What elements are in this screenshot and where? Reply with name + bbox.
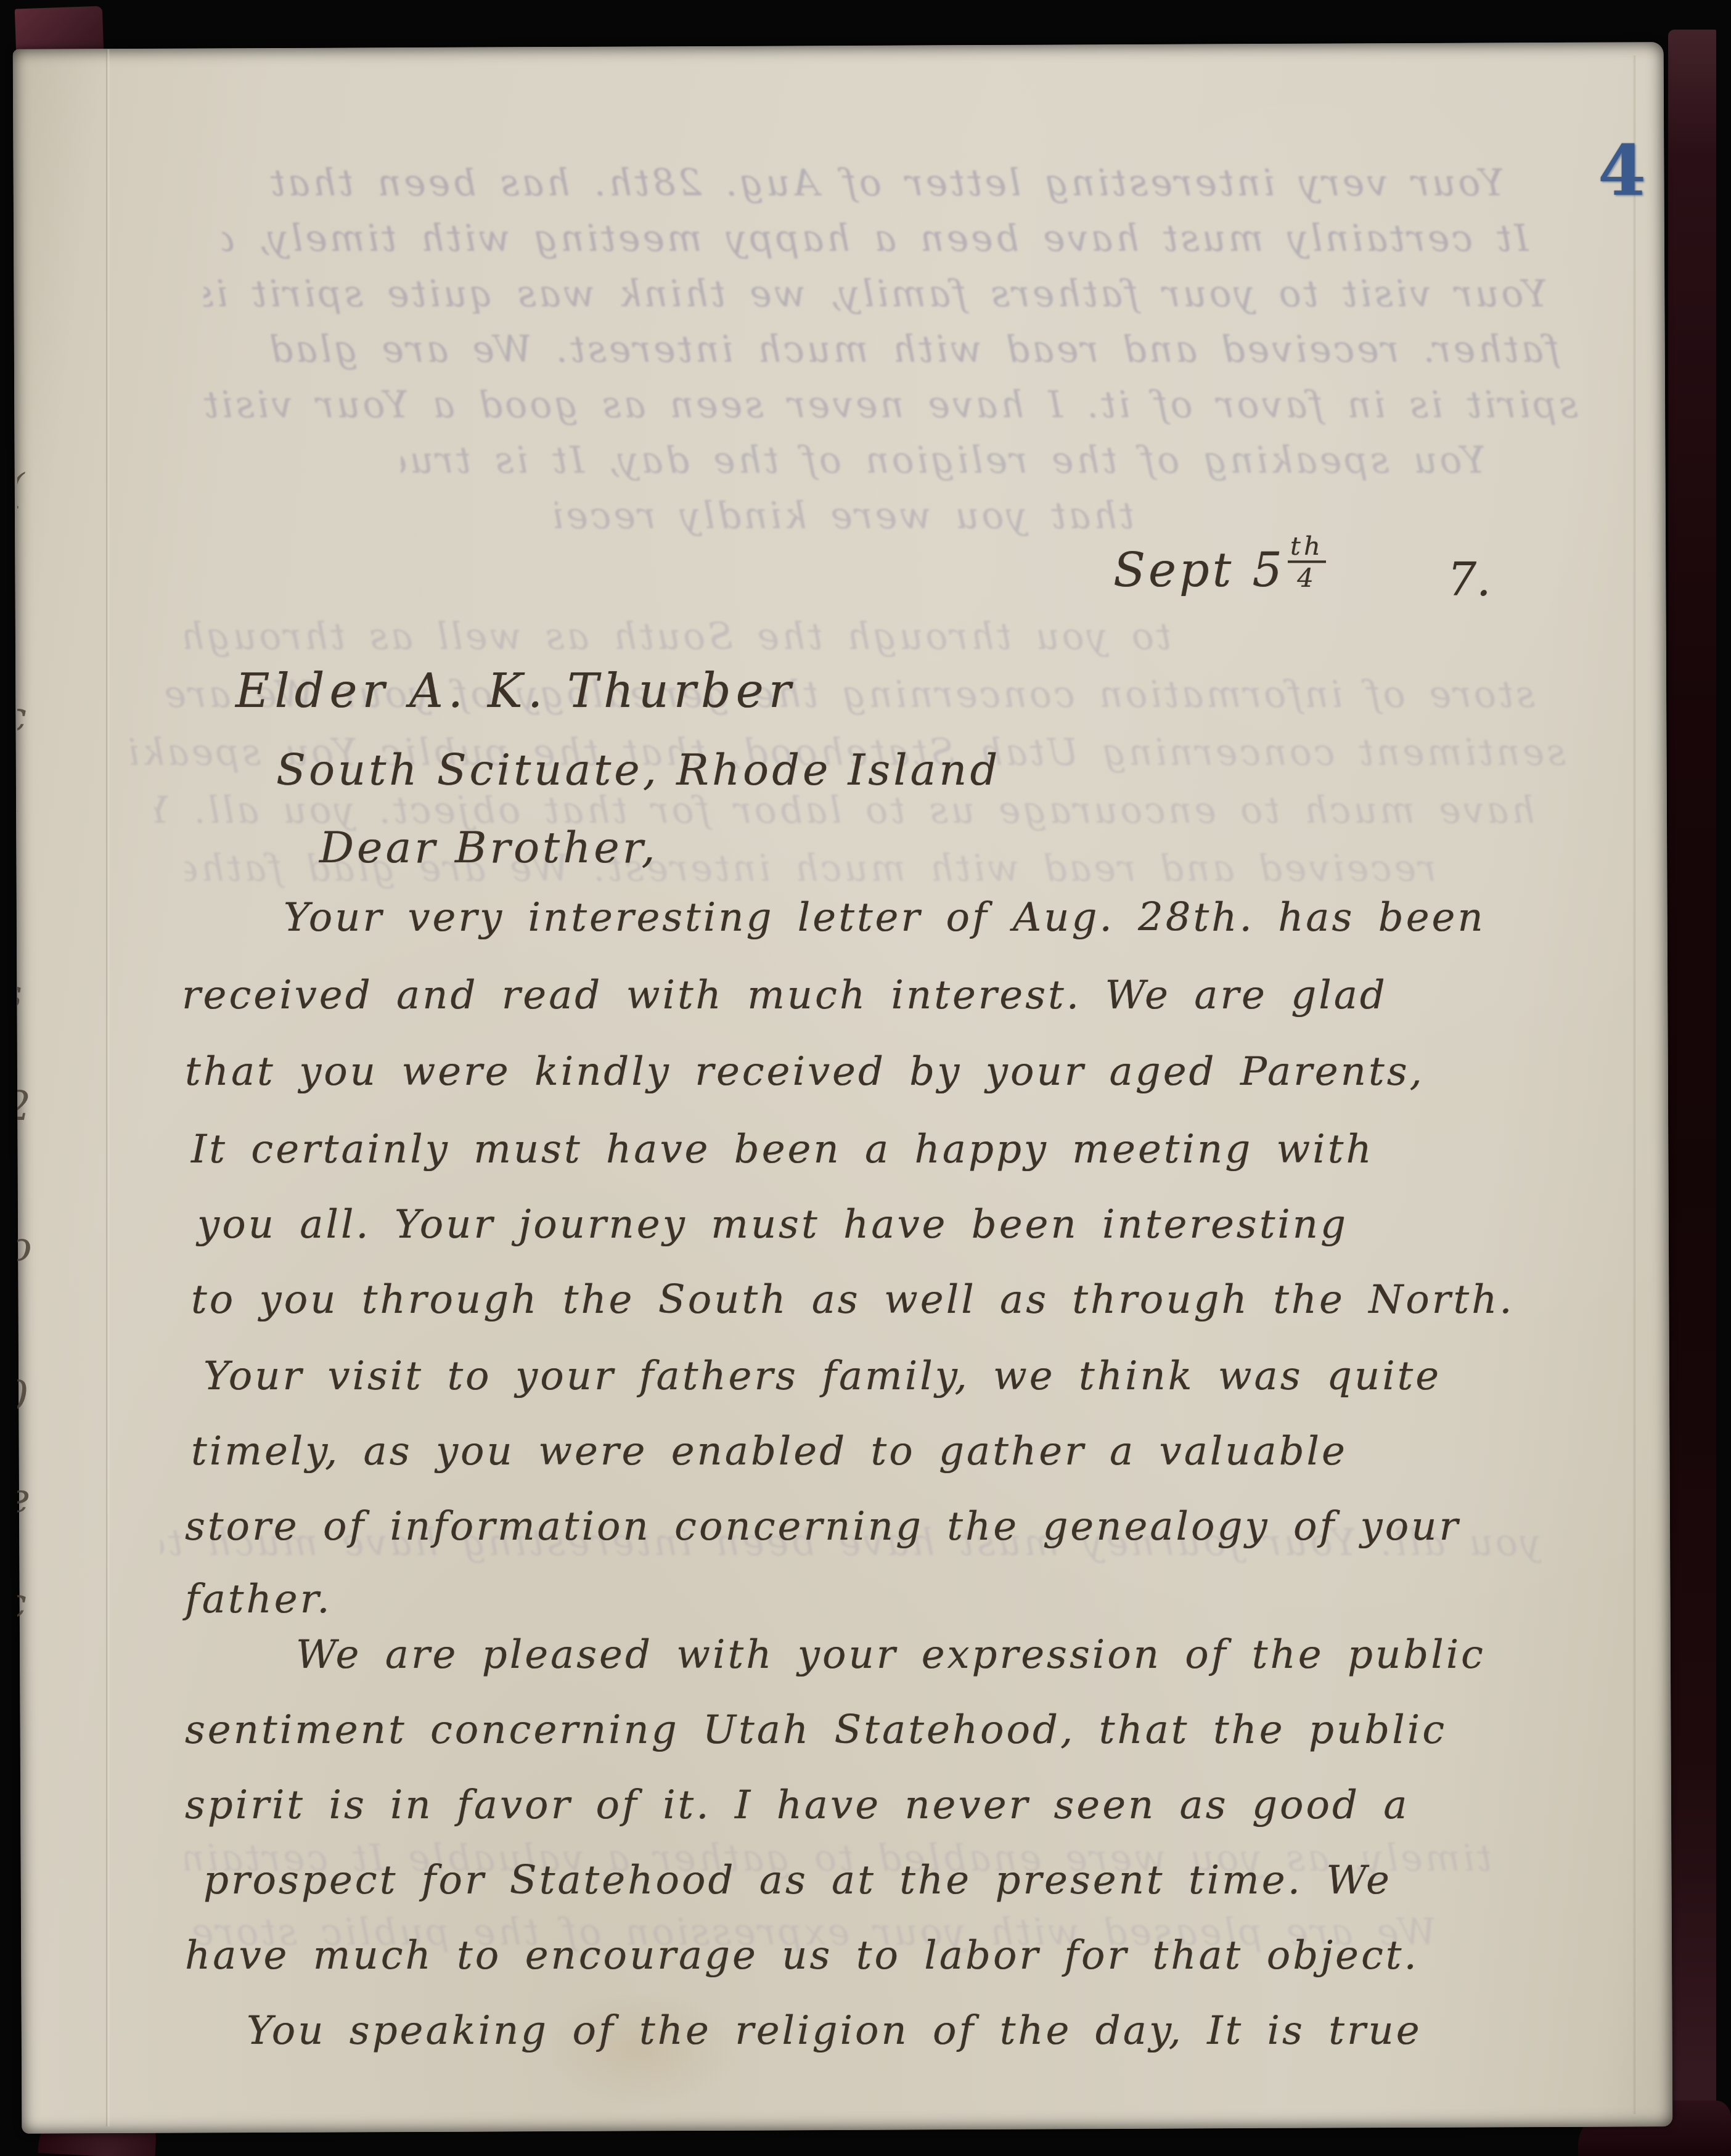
letter-line: Your visit to your fathers family, we th… — [203, 1354, 1441, 1399]
recipient-address: South Scituate, Rhode Island — [276, 745, 1001, 795]
edge-stroke-glyph: o — [17, 1223, 32, 1270]
date-text: Sept 5 — [1113, 542, 1285, 597]
page-number-stamp: 4 — [1598, 131, 1646, 211]
edge-stroke-glyph: 0 — [17, 1372, 28, 1419]
book-cover-right-edge — [1668, 30, 1716, 2138]
edge-stroke-glyph: c — [17, 693, 27, 740]
edge-stroke-glyph: l — [17, 804, 19, 851]
letter-line: It certainly must have been a happy meet… — [191, 1127, 1374, 1172]
edge-stroke-glyph: 2 — [17, 1082, 31, 1130]
edge-stroke-glyph: ( — [17, 465, 25, 512]
right-edge-crease — [1632, 55, 1635, 2114]
salutation: Dear Brother, — [319, 822, 658, 873]
edge-stroke-glyph: c — [17, 1579, 27, 1627]
recipient-name: Elder A. K. Thurber — [235, 663, 796, 718]
letter-line: father. — [185, 1577, 332, 1622]
date-fraction-bottom: 4 — [1297, 563, 1317, 591]
letter-line: to you through the South as well as thro… — [191, 1277, 1515, 1323]
letter-line: We are pleased with your expression of t… — [296, 1632, 1486, 1678]
gutter-crease — [106, 49, 110, 2126]
letter-line: received and read with much interest. We… — [182, 973, 1388, 1018]
letter-line: that you were kindly received by your ag… — [185, 1049, 1425, 1095]
letter-line: prospect for Statehood as at the present… — [203, 1858, 1392, 1903]
letter-line: timely, as you were enabled to gather a … — [191, 1429, 1348, 1474]
manuscript-photo: (cls2o0ec) Your very interesting letter … — [0, 0, 1731, 2156]
date-fraction: th4 — [1288, 533, 1326, 590]
edge-stroke-glyph: s — [17, 970, 22, 1018]
letter-line: sentiment concerning Utah Statehood, tha… — [185, 1707, 1447, 1753]
letter-line: store of information concerning the gene… — [185, 1504, 1460, 1550]
letter-line: you all. Your journey must have been int… — [197, 1202, 1348, 1247]
letter-line: You speaking of the religion of the day,… — [247, 2008, 1422, 2054]
edge-stroke-glyph: e — [17, 1474, 30, 1522]
page-marker: 7. — [1447, 553, 1491, 606]
date-line: Sept 5th4 — [1113, 542, 1326, 600]
date-fraction-top: th — [1288, 533, 1326, 563]
facing-page-edge-strokes: (cls2o0ec) — [17, 46, 60, 2130]
letter-line: spirit is in favor of it. I have never s… — [185, 1782, 1409, 1828]
letter-line: have much to encourage us to labor for t… — [185, 1933, 1419, 1978]
letter-line: Your very interesting letter of Aug. 28t… — [284, 895, 1486, 941]
